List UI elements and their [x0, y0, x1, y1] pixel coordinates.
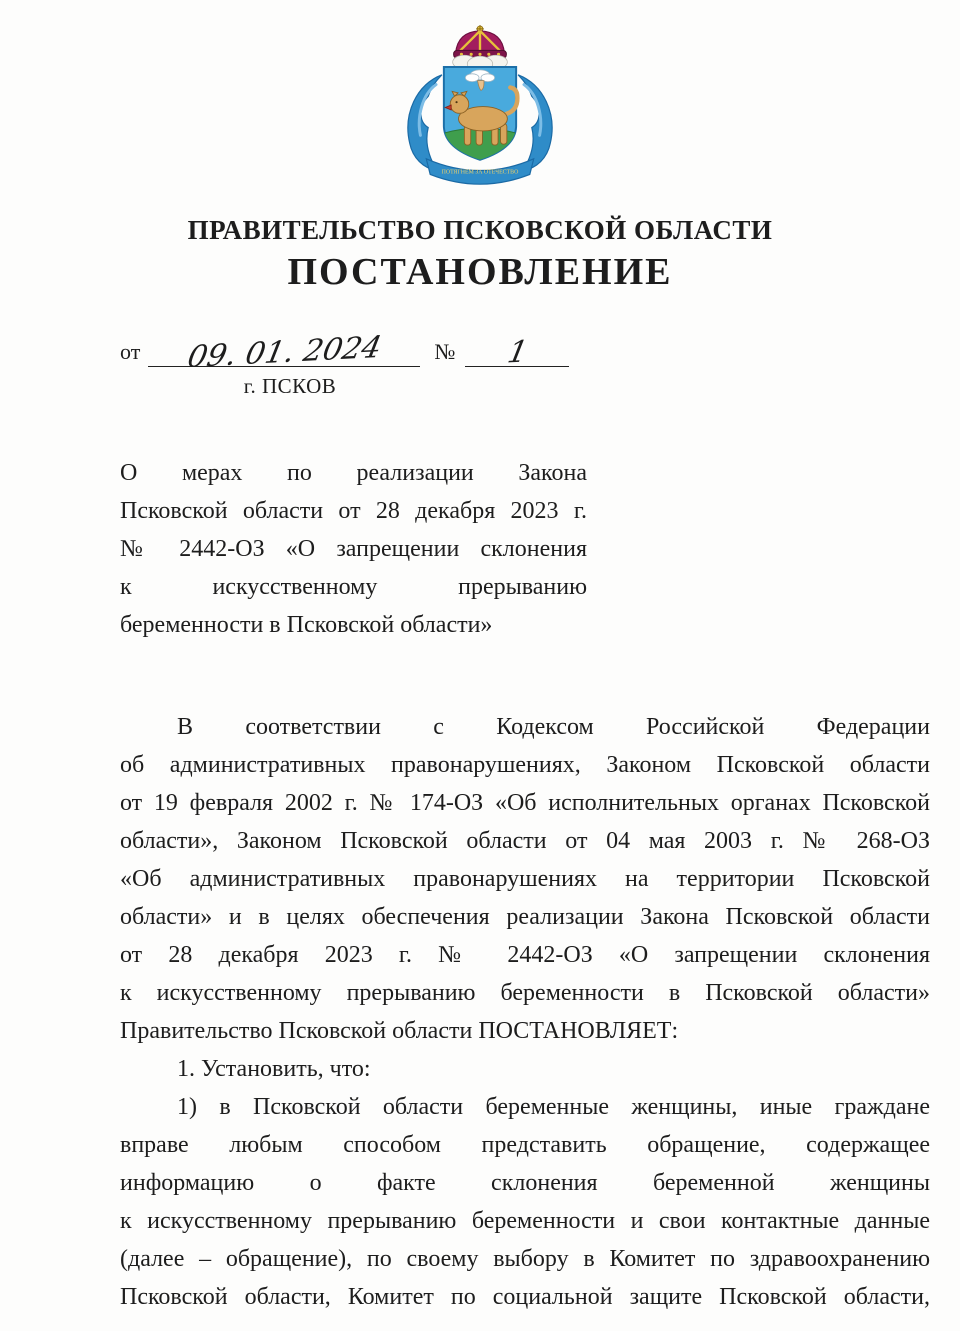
body-line: информацию о факте склонения беременной …: [120, 1164, 930, 1202]
pskov-coat-of-arms-icon: ПОТЯГНЕМ ЗА ОТЕЧЕСТВО: [395, 24, 565, 192]
ribbon-left-icon: [408, 75, 442, 171]
number-blank: 1: [465, 338, 569, 367]
handwritten-date: 09. 01. 2024: [185, 335, 383, 371]
body-line: (далее – обращение), по своему выбору в …: [120, 1240, 930, 1278]
body-text: В соответствии с Кодексом Российской Фед…: [120, 708, 930, 1316]
body-line: от 28 декабря 2023 г. № 2442-ОЗ «О запре…: [120, 936, 930, 974]
body-line: области», Законом Псковской области от 0…: [120, 822, 930, 860]
subject-line: беременности в Псковской области»: [120, 606, 587, 644]
document-page: ПОТЯГНЕМ ЗА ОТЕЧЕСТВО: [0, 0, 960, 1331]
subject-line: к искусственному прерыванию: [120, 568, 587, 606]
motto-text: ПОТЯГНЕМ ЗА ОТЕЧЕСТВО: [442, 169, 519, 175]
date-blank: 09. 01. 2024: [148, 338, 420, 367]
body-line: к искусственному прерыванию беременности…: [120, 974, 930, 1012]
subject-block: О мерах по реализации Закона Псковской о…: [120, 454, 587, 644]
body-line: В соответствии с Кодексом Российской Фед…: [120, 708, 930, 746]
body-line: к искусственному прерыванию беременности…: [120, 1202, 930, 1240]
city-label: г. ПСКОВ: [154, 374, 426, 399]
number-sign-label: №: [434, 339, 455, 367]
body-line: Правительство Псковской области ПОСТАНОВ…: [120, 1012, 930, 1050]
emblem-wrap: ПОТЯГНЕМ ЗА ОТЕЧЕСТВО: [0, 0, 960, 197]
dateline: от09. 01. 2024№1 г. ПСКОВ: [120, 338, 930, 402]
ribbon-right-icon: [518, 75, 552, 171]
body-line: от 19 февраля 2002 г. № 174-ОЗ «Об испол…: [120, 784, 930, 822]
body-line: 1) в Псковской области беременные женщин…: [120, 1088, 930, 1126]
body-line: «Об административных правонарушениях на …: [120, 860, 930, 898]
body-line: об административных правонарушениях, Зак…: [120, 746, 930, 784]
subject-line: № 2442-ОЗ «О запрещении склонения: [120, 530, 587, 568]
body-line: области» и в целях обеспечения реализаци…: [120, 898, 930, 936]
body-line: Псковской области, Комитет по социальной…: [120, 1278, 930, 1316]
date-from-label: от: [120, 339, 140, 367]
crown-icon: [454, 25, 507, 58]
body-line: 1. Установить, что:: [120, 1050, 930, 1088]
doc-type-title: ПОСТАНОВЛЕНИЕ: [0, 250, 960, 294]
body-line: вправе любым способом представить обраще…: [120, 1126, 930, 1164]
motto-ribbon: ПОТЯГНЕМ ЗА ОТЕЧЕСТВО: [426, 159, 533, 184]
subject-line: Псковской области от 28 декабря 2023 г.: [120, 492, 587, 530]
subject-line: О мерах по реализации Закона: [120, 454, 587, 492]
handwritten-number: 1: [505, 340, 529, 367]
org-title: ПРАВИТЕЛЬСТВО ПСКОВСКОЙ ОБЛАСТИ: [0, 215, 960, 246]
